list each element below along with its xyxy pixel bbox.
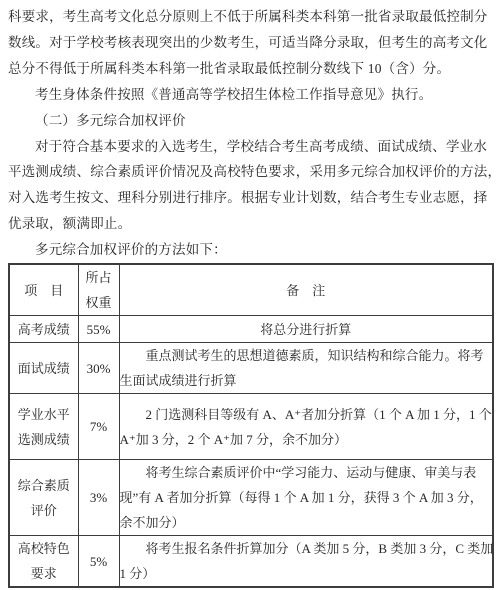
remark-line: 1 分） xyxy=(120,561,493,586)
weights-table: 项 目 所占 权重 备 注 高考成绩 55% 将总分进行折算 面试成绩 xyxy=(8,263,494,588)
item-label-line1: 高校特色 xyxy=(10,536,78,561)
remark-line: 余不加分） xyxy=(120,510,493,535)
remark-cell: 重点测试考生的思想道德素质，知识结构和综合能力。将考 生面试成绩进行折算 xyxy=(119,343,493,394)
paragraph-line: 对于符合基本要求的入选考生，学校结合考生高考成绩、面试成绩、学业水 xyxy=(8,134,492,160)
item-label: 面试成绩 xyxy=(10,356,78,381)
item-cell: 高校特色 要求 xyxy=(9,536,78,588)
paragraphs: 科要求，考生高考文化总分原则上不低于所属科类本科第一批省录取最低控制分 数线。对… xyxy=(8,4,492,263)
weight-cell: 7% xyxy=(78,394,119,460)
remark-line: 将总分进行折算 xyxy=(120,317,493,342)
table-row: 高考成绩 55% 将总分进行折算 xyxy=(9,316,493,343)
table-header-row: 项 目 所占 权重 备 注 xyxy=(9,264,493,316)
item-label: 高考成绩 xyxy=(10,317,78,342)
remark-cell: 将考生报名条件折算加分（A 类加 5 分，B 类加 3 分，C 类加 1 分） xyxy=(119,536,493,588)
header-weight-label-line1: 所占 xyxy=(79,265,119,290)
remark-line: 现”有 A 者加分折算（每得 1 个 A 加 1 分，获得 3 个 A 加 3 … xyxy=(120,485,493,510)
weight-cell: 3% xyxy=(78,460,119,536)
paragraph-line: 平选测成绩、综合素质评价情况及高校特色要求，采用多元综合加权评价的方法， xyxy=(8,159,492,185)
header-item-label: 项 目 xyxy=(10,278,78,303)
weight-cell: 5% xyxy=(78,536,119,588)
remark-line: 重点测试考生的思想道德素质，知识结构和综合能力。将考 xyxy=(120,343,493,368)
remark-line: 将考生综合素质评价中“学习能力、运动与健康、审美与表 xyxy=(120,460,493,485)
item-cell: 高考成绩 xyxy=(9,316,78,343)
header-remark-label: 备 注 xyxy=(120,278,493,303)
item-label-line2: 选测成绩 xyxy=(10,427,78,452)
paragraph-line: 科要求，考生高考文化总分原则上不低于所属科类本科第一批省录取最低控制分 xyxy=(8,4,492,30)
table-row: 学业水平 选测成绩 7% 2 门选测科目等级有 A、A⁺者加分折算（1 个 A … xyxy=(9,394,493,460)
paragraph-line: 数线。对于学校考核表现突出的少数考生，可适当降分录取，但考生的高考文化 xyxy=(8,30,492,56)
remark-cell: 将考生综合素质评价中“学习能力、运动与健康、审美与表 现”有 A 者加分折算（每… xyxy=(119,460,493,536)
paragraph-line: 优录取，额满即止。 xyxy=(8,211,492,237)
weight-cell: 30% xyxy=(78,343,119,394)
weight-value: 7% xyxy=(79,414,119,439)
paragraph-line: 总分不得低于所属科类本科第一批省录取最低控制分数线下 10（含）分。 xyxy=(8,56,492,82)
weight-value: 30% xyxy=(79,356,119,381)
remark-line: 生面试成绩进行折算 xyxy=(120,368,493,393)
section-heading: （二）多元综合加权评价 xyxy=(8,108,492,134)
weight-value: 3% xyxy=(79,485,119,510)
paragraph-line: 考生身体条件按照《普通高等学校招生体检工作指导意见》执行。 xyxy=(8,82,492,108)
page: 科要求，考生高考文化总分原则上不低于所属科类本科第一批省录取最低控制分 数线。对… xyxy=(0,0,500,590)
paragraph-line: 多元综合加权评价的方法如下： xyxy=(8,237,492,263)
weight-cell: 55% xyxy=(78,316,119,343)
table-row: 高校特色 要求 5% 将考生报名条件折算加分（A 类加 5 分，B 类加 3 分… xyxy=(9,536,493,588)
remark-line: A⁺加 3 分，2 个 A⁺加 7 分，余不加分） xyxy=(120,427,493,452)
item-label-line1: 综合素质 xyxy=(10,473,78,498)
remark-line: 将考生报名条件折算加分（A 类加 5 分，B 类加 3 分，C 类加 xyxy=(120,536,493,561)
header-weight-cell: 所占 权重 xyxy=(78,264,119,316)
table-row: 综合素质 评价 3% 将考生综合素质评价中“学习能力、运动与健康、审美与表 现”… xyxy=(9,460,493,536)
remark-line: 2 门选测科目等级有 A、A⁺者加分折算（1 个 A 加 1 分，1 个 xyxy=(120,402,493,427)
paragraph-line: 对入选考生按文、理科分别进行排序。根据专业计划数，结合考生专业志愿，择 xyxy=(8,185,492,211)
item-cell: 面试成绩 xyxy=(9,343,78,394)
item-label-line1: 学业水平 xyxy=(10,402,78,427)
item-cell: 学业水平 选测成绩 xyxy=(9,394,78,460)
remark-cell: 2 门选测科目等级有 A、A⁺者加分折算（1 个 A 加 1 分，1 个 A⁺加… xyxy=(119,394,493,460)
document-page: { "page": { "background": "#ffffff", "te… xyxy=(0,0,500,590)
header-item-cell: 项 目 xyxy=(9,264,78,316)
weight-value: 5% xyxy=(79,549,119,574)
weight-value: 55% xyxy=(79,317,119,342)
item-label-line2: 要求 xyxy=(10,561,78,586)
remark-cell: 将总分进行折算 xyxy=(119,316,493,343)
header-weight-label-line2: 权重 xyxy=(79,290,119,315)
header-remark-cell: 备 注 xyxy=(119,264,493,316)
item-cell: 综合素质 评价 xyxy=(9,460,78,536)
table-row: 面试成绩 30% 重点测试考生的思想道德素质，知识结构和综合能力。将考 生面试成… xyxy=(9,343,493,394)
item-label-line2: 评价 xyxy=(10,498,78,523)
